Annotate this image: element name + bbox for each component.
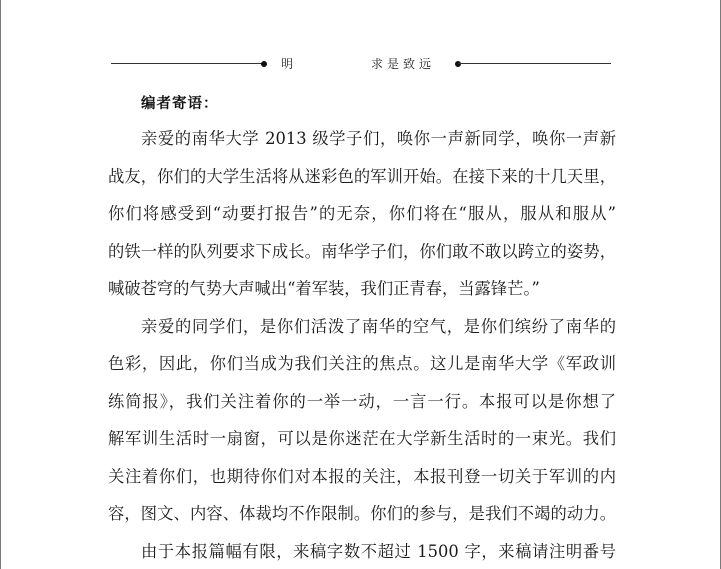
paragraph-line: 练简报》，我们关注着你的一举一动，一言一行。本报可以是你想了 <box>108 387 616 425</box>
paragraph-line: 色彩，因此，你们当成为我们关注的焦点。这儿是南华大学《军政训 <box>108 349 616 387</box>
paragraph-line: 容，图文、内容、体裁均不作限制。你们的参与，是我们不竭的动力。 <box>108 499 616 537</box>
page-header: 明 求是致远 <box>111 56 611 72</box>
header-rule-left <box>111 63 262 64</box>
paragraph-line: 战友，你们的大学生活将从迷彩色的军训开始。在接下来的十几天里， <box>108 162 616 200</box>
paragraph-line: 亲爱的南华大学 2013 级学子们，唤你一声新同学，唤你一声新 <box>108 124 616 162</box>
paragraph-line: 亲爱的同学们，是你们活泼了南华的空气，是你们缤纷了南华的 <box>108 312 616 350</box>
editor-note-body: 亲爱的南华大学 2013 级学子们，唤你一声新同学，唤你一声新 战友，你们的大学… <box>108 124 616 569</box>
paragraph-line: 关注着你们，也期待你们对本报的关注，本报刊登一切关于军训的内 <box>108 462 616 500</box>
paragraph-line: 你们将感受到“动要打报告”的无奈，你们将在“服从，服从和服从” <box>108 199 616 237</box>
paragraph-line: 解军训生活时一扇窗，可以是你迷茫在大学新生活时的一束光。我们 <box>108 424 616 462</box>
document-page: 明 求是致远 编者寄语： 亲爱的南华大学 2013 级学子们，唤你一声新同学，唤… <box>0 0 721 569</box>
header-motto-left: 明 <box>281 55 297 72</box>
bullet-dot-icon <box>455 61 461 67</box>
bullet-dot-icon <box>261 61 267 67</box>
paragraph-line: 由于本报篇幅有限，来稿字数不超过 1500 字，来稿请注明番号 <box>108 537 616 569</box>
header-motto-right: 求是致远 <box>371 55 435 72</box>
paragraph-line: 的铁一样的队列要求下成长。南华学子们，你们敢不敢以跨立的姿势， <box>108 237 616 275</box>
header-rule-right <box>458 63 611 64</box>
paragraph-line: 喊破苍穹的气势大声喊出“着军装，我们正青春，当露锋芒。” <box>108 274 616 312</box>
editor-note-title: 编者寄语： <box>141 92 219 113</box>
